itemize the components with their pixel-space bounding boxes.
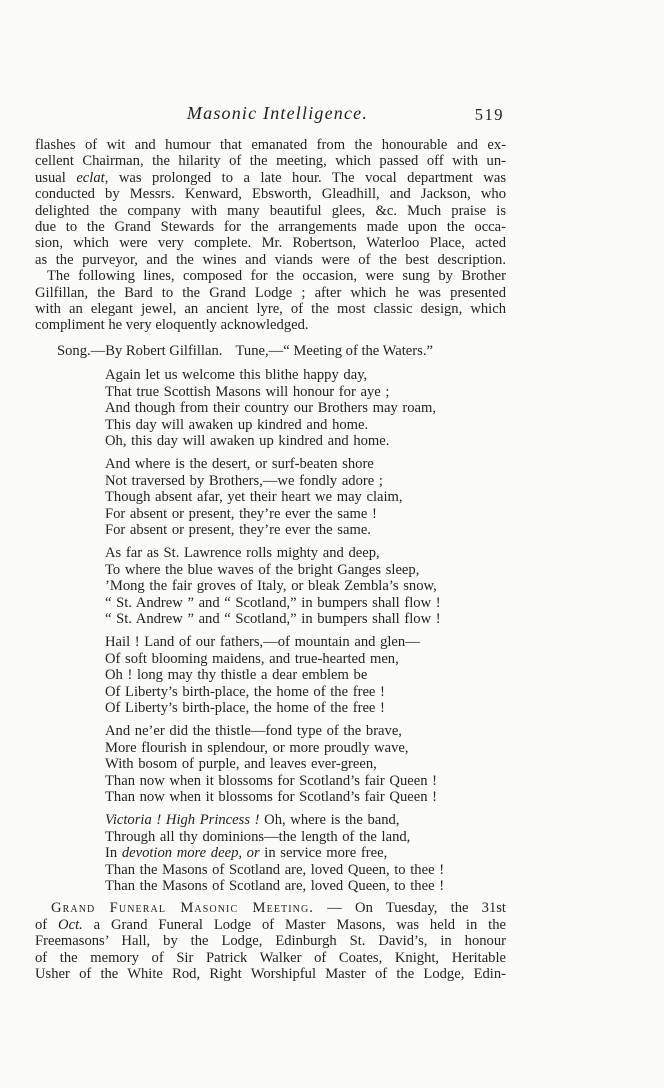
paragraph-grand-funeral-meeting: Grand Funeral Masonic Meeting. — On Tues…: [35, 900, 506, 982]
page-number: 519: [475, 104, 504, 125]
text-line: of the memory of Sir Patrick Walker of C…: [35, 950, 506, 966]
text-line: Through all thy dominions—the length of …: [105, 829, 506, 845]
text-segment: ’Mong the fair groves of Italy, or bleak…: [105, 578, 437, 594]
text-segment: of: [35, 917, 58, 933]
text-segment: That true Scottish Masons will honour fo…: [105, 384, 389, 400]
italic-segment: devotion more deep, or: [122, 845, 260, 861]
text-segment: Of Liberty’s birth-place, the home of th…: [105, 684, 385, 700]
text-line: delighted the company with many beautifu…: [35, 203, 506, 219]
text-segment: Of Liberty’s birth-place, the home of th…: [105, 700, 385, 716]
text-line: Grand Funeral Masonic Meeting. — On Tues…: [35, 900, 506, 916]
text-segment: Than the Masons of Scotland are, loved Q…: [105, 878, 444, 894]
text-block: Masonic Intelligence. 519 flashes of wit…: [35, 103, 506, 983]
text-segment: This day will awaken up kindred and home…: [105, 417, 368, 433]
text-line: And though from their country our Brothe…: [105, 400, 506, 416]
text-line: Of Liberty’s birth-place, the home of th…: [105, 700, 506, 716]
text-line: Oh ! long may thy thistle a dear emblem …: [105, 667, 506, 683]
text-segment: Than the Masons of Scotland are, loved Q…: [105, 862, 444, 878]
text-line: As far as St. Lawrence rolls mighty and …: [105, 545, 506, 561]
paragraph-song-introduction: The following lines, composed for the oc…: [35, 268, 506, 334]
text-segment: “ St. Andrew ” and “ Scotland,” in bumpe…: [105, 611, 441, 627]
text-line: ’Mong the fair groves of Italy, or bleak…: [105, 578, 506, 594]
text-segment: compliment he very eloquently acknowledg…: [35, 317, 309, 333]
text-line: compliment he very eloquently acknowledg…: [35, 317, 506, 333]
text-line: Gilfillan, the Bard to the Grand Lodge ;…: [35, 285, 506, 301]
text-segment: Oh, where is the band,: [260, 812, 400, 828]
text-segment: Of soft blooming maidens, and true-heart…: [105, 651, 399, 667]
text-line: of Oct. a Grand Funeral Lodge of Master …: [35, 917, 506, 933]
text-line: Freemasons’ Hall, by the Lodge, Edinburg…: [35, 933, 506, 949]
text-line: Victoria ! High Princess ! Oh, where is …: [105, 812, 506, 828]
text-segment: Than now when it blossoms for Scotland’s…: [105, 789, 437, 805]
text-segment: usual: [35, 170, 76, 186]
text-line: due to the Grand Stewards for the arrang…: [35, 219, 506, 235]
text-line: That true Scottish Masons will honour fo…: [105, 384, 506, 400]
text-line: In devotion more deep, or in service mor…: [105, 845, 506, 861]
paragraph-banquet-continuation: flashes of wit and humour that emanated …: [35, 137, 506, 268]
scanned-page-background: { "colors": { "paper": "#fbfbf9", "ink":…: [0, 0, 664, 1088]
text-segment: conducted by Messrs. Kenward, Ebsworth, …: [35, 186, 506, 202]
text-line: And where is the desert, or surf-beaten …: [105, 456, 506, 472]
italic-segment: Victoria ! High Princess !: [105, 812, 260, 828]
text-line: More flourish in splendour, or more prou…: [105, 740, 506, 756]
text-line: Though absent afar, yet their heart we m…: [105, 489, 506, 505]
text-line: Song.—By Robert Gilfillan.Tune,—“ Meetin…: [57, 343, 506, 359]
italic-segment: eclat: [76, 170, 104, 186]
italic-segment: Oct.: [58, 917, 83, 933]
text-line: For absent or present, they’re ever the …: [105, 522, 506, 538]
text-segment: cellent Chairman, the hilarity of the me…: [35, 153, 506, 169]
small-caps-segment: Grand Funeral Masonic Meeting.: [51, 900, 314, 916]
text-segment: To where the blue waves of the bright Ga…: [105, 562, 419, 578]
text-segment: — On Tuesday, the 31st: [314, 900, 506, 916]
stanza: Victoria ! High Princess ! Oh, where is …: [105, 812, 506, 894]
text-segment: Oh, this day will awaken up kindred and …: [105, 433, 389, 449]
text-segment: Oh ! long may thy thistle a dear emblem …: [105, 667, 367, 683]
stanza: Again let us welcome this blithe happy d…: [105, 367, 506, 449]
text-line: as the purveyor, and the wines and viand…: [35, 252, 506, 268]
text-line: Oh, this day will awaken up kindred and …: [105, 433, 506, 449]
text-line: Than the Masons of Scotland are, loved Q…: [105, 862, 506, 878]
text-segment: as the purveyor, and the wines and viand…: [35, 252, 506, 268]
text-line: And ne’er did the thistle—fond type of t…: [105, 723, 506, 739]
text-segment: a Grand Funeral Lodge of Master Masons, …: [83, 917, 506, 933]
text-segment: For absent or present, they’re ever the …: [105, 522, 371, 538]
text-line: with an elegant jewel, an ancient lyre, …: [35, 301, 506, 317]
text-line: sion, which were very complete. Mr. Robe…: [35, 235, 506, 251]
text-segment: in service more free,: [260, 845, 388, 861]
song-poem: Again let us welcome this blithe happy d…: [35, 367, 506, 894]
text-line: Than now when it blossoms for Scotland’s…: [105, 789, 506, 805]
text-segment: due to the Grand Stewards for the arrang…: [35, 219, 506, 235]
text-segment: And though from their country our Brothe…: [105, 400, 436, 416]
text-segment: Tune,—“ Meeting of the Waters.”: [236, 343, 433, 359]
text-line: Of Liberty’s birth-place, the home of th…: [105, 684, 506, 700]
text-segment: Usher of the White Rod, Right Worshipful…: [35, 966, 506, 982]
text-segment: flashes of wit and humour that emanated …: [35, 137, 506, 153]
text-line: Again let us welcome this blithe happy d…: [105, 367, 506, 383]
text-segment: More flourish in splendour, or more prou…: [105, 740, 409, 756]
text-line: “ St. Andrew ” and “ Scotland,” in bumpe…: [105, 611, 506, 627]
stanza: As far as St. Lawrence rolls mighty and …: [105, 545, 506, 627]
text-segment: Though absent afar, yet their heart we m…: [105, 489, 403, 505]
text-segment: Song.—By Robert Gilfillan.: [57, 343, 222, 359]
text-line: Hail ! Land of our fathers,—of mountain …: [105, 634, 506, 650]
text-segment: And ne’er did the thistle—fond type of t…: [105, 723, 402, 739]
text-line: Than now when it blossoms for Scotland’s…: [105, 773, 506, 789]
text-segment: For absent or present, they’re ever the …: [105, 506, 377, 522]
song-heading: Song.—By Robert Gilfillan.Tune,—“ Meetin…: [35, 343, 506, 359]
text-segment: with an elegant jewel, an ancient lyre, …: [35, 301, 506, 317]
text-segment: With bosom of purple, and leaves ever-gr…: [105, 756, 377, 772]
stanza: Hail ! Land of our fathers,—of mountain …: [105, 634, 506, 716]
text-segment: “ St. Andrew ” and “ Scotland,” in bumpe…: [105, 595, 441, 611]
book-page: Masonic Intelligence. 519 flashes of wit…: [0, 0, 664, 1088]
text-segment: And where is the desert, or surf-beaten …: [105, 456, 374, 472]
stanza: And ne’er did the thistle—fond type of t…: [105, 723, 506, 805]
text-segment: , was prolonged to a late hour. The voca…: [105, 170, 506, 186]
text-line: conducted by Messrs. Kenward, Ebsworth, …: [35, 186, 506, 202]
text-segment: As far as St. Lawrence rolls mighty and …: [105, 545, 380, 561]
running-head: Masonic Intelligence. 519: [35, 103, 506, 124]
text-segment: Hail ! Land of our fathers,—of mountain …: [105, 634, 420, 650]
text-line: For absent or present, they’re ever the …: [105, 506, 506, 522]
text-line: With bosom of purple, and leaves ever-gr…: [105, 756, 506, 772]
text-segment: The following lines, composed for the oc…: [47, 268, 506, 284]
stanza: And where is the desert, or surf-beaten …: [105, 456, 506, 538]
text-segment: sion, which were very complete. Mr. Robe…: [35, 235, 506, 251]
text-line: cellent Chairman, the hilarity of the me…: [35, 153, 506, 169]
text-line: Not traversed by Brothers,—we fondly ado…: [105, 473, 506, 489]
text-segment: Through all thy dominions—the length of …: [105, 829, 410, 845]
text-segment: delighted the company with many beautifu…: [35, 203, 506, 219]
text-line: flashes of wit and humour that emanated …: [35, 137, 506, 153]
text-segment: Again let us welcome this blithe happy d…: [105, 367, 367, 383]
text-line: Usher of the White Rod, Right Worshipful…: [35, 966, 506, 982]
text-segment: Not traversed by Brothers,—we fondly ado…: [105, 473, 383, 489]
text-line: usual eclat, was prolonged to a late hou…: [35, 170, 506, 186]
text-segment: Gilfillan, the Bard to the Grand Lodge ;…: [35, 285, 506, 301]
text-line: Of soft blooming maidens, and true-heart…: [105, 651, 506, 667]
text-line: “ St. Andrew ” and “ Scotland,” in bumpe…: [105, 595, 506, 611]
text-line: The following lines, composed for the oc…: [35, 268, 506, 284]
text-segment: Freemasons’ Hall, by the Lodge, Edinburg…: [35, 933, 506, 949]
text-segment: Than now when it blossoms for Scotland’s…: [105, 773, 437, 789]
text-line: This day will awaken up kindred and home…: [105, 417, 506, 433]
text-line: To where the blue waves of the bright Ga…: [105, 562, 506, 578]
running-head-title: Masonic Intelligence.: [173, 103, 368, 123]
text-line: Than the Masons of Scotland are, loved Q…: [105, 878, 506, 894]
text-segment: of the memory of Sir Patrick Walker of C…: [35, 950, 506, 966]
text-segment: In: [105, 845, 122, 861]
